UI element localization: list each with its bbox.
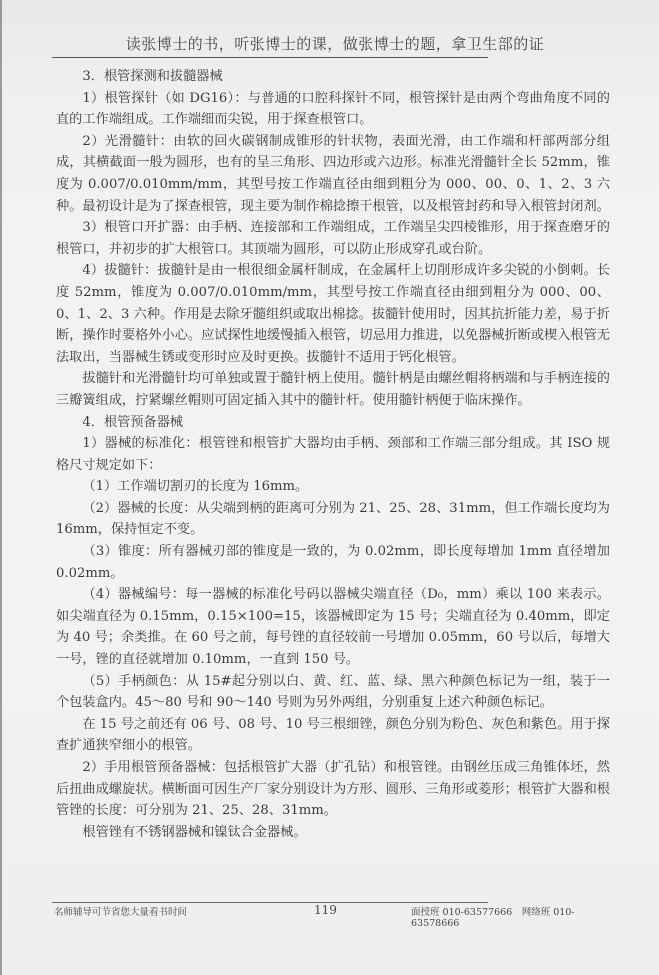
scanned-page: 读张博士的书，听张博士的课，做张博士的题，拿卫生部的证 3．根管探测和拔髓器械 … [0,0,659,975]
paragraph: 3）根管口开扩器：由手柄、连接部和工作端组成，工作端呈尖四棱锥形，用于探查磨牙的… [56,217,610,260]
paragraph: （2）器械的长度：从尖端到柄的距离可分别为 21、25、28、31mm，但工作端… [56,498,610,541]
paragraph: 2）手用根管预备器械：包括根管扩大器（扩孔钻）和根管锉。由钢丝压成三角锥体坯，然… [56,757,610,822]
paragraph: 1）根管探针（如 DG16）：与普通的口腔科探针不同，根管探针是由两个弯曲角度不… [56,88,610,131]
paragraph: 2）光滑髓针：由软的回火碳钢制成锥形的针状物，表面光滑，由工作端和杆部两部分组成… [56,131,610,217]
header-rule [52,57,488,58]
page-number: 119 [314,903,337,917]
paragraph: （3）锥度：所有器械刃部的锥度是一致的，为 0.02mm，即长度每增加 1mm … [56,541,610,584]
paragraph: 拔髓针和光滑髓针均可单独或置于髓针柄上使用。髓针柄是由螺丝帽将柄端和与手柄连接的… [56,368,610,411]
paragraph: 4）拔髓针：拔髓针是由一根很细金属杆制成，在金属杆上切削形成许多尖锐的小倒刺。长… [56,260,610,368]
footer-contact: 面授班 010-63577666 网络班 010-63578666 [411,904,594,929]
body-text: 3．根管探测和拔髓器械 1）根管探针（如 DG16）：与普通的口腔科探针不同，根… [56,66,610,843]
paragraph: （4）器械编号：每一器械的标准化号码以器械尖端直径（D₀，mm）乘以 100 来… [56,584,610,670]
paragraph: （5）手柄颜色：从 15#起分别以白、黄、红、蓝、绿、黑六种颜色标记为一组，装于… [56,671,610,714]
section-heading: 3．根管探测和拔髓器械 [56,66,610,88]
footer-slogan: 名师辅导可节省您大量看书时间 [54,904,187,918]
paragraph: 在 15 号之前还有 06 号、08 号、10 号三根细锉，颜色分别为粉色、灰色… [56,714,610,757]
section-heading: 4．根管预备器械 [56,412,610,434]
paragraph: （1）工作端切割刃的长度为 16mm。 [56,476,610,498]
footer-rule [52,902,488,903]
paragraph: 根管锉有不锈钢器械和镍钛合金器械。 [56,822,610,844]
paragraph: 1）器械的标准化：根管锉和根管扩大器均由手柄、颈部和工作端三部分组成。其 ISO… [56,433,610,476]
running-header: 读张博士的书，听张博士的课，做张博士的题，拿卫生部的证 [52,33,618,54]
page-footer: 名师辅导可节省您大量看书时间 119 面授班 010-63577666 网络班 … [54,904,594,920]
